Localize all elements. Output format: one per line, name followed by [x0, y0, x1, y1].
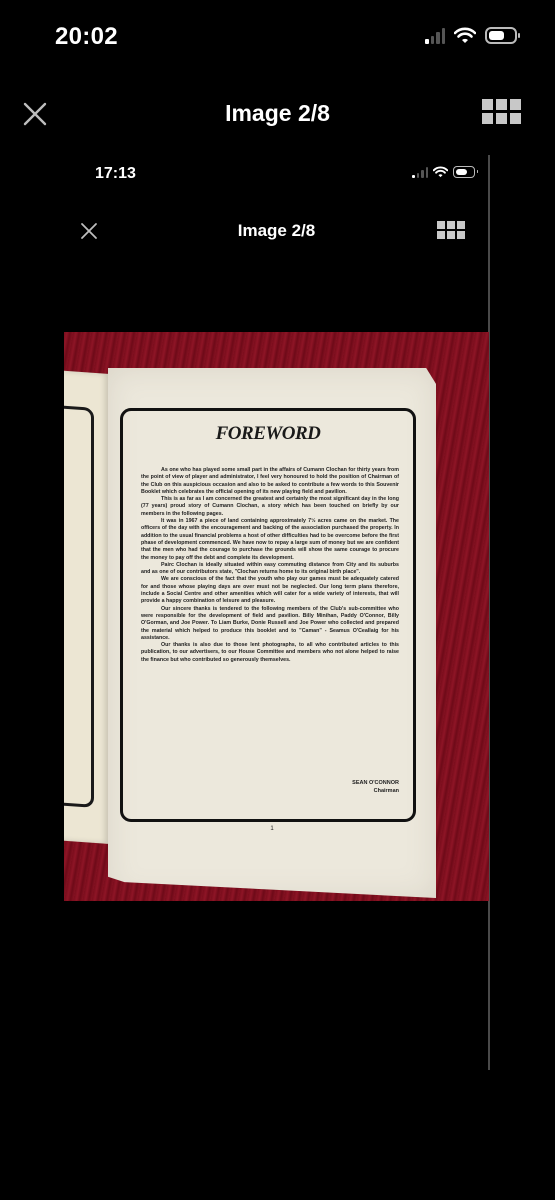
paragraph: This is as far as I am concerned the gre… [141, 496, 399, 518]
page-frame: FOREWORD As one who has played some smal… [120, 408, 416, 822]
inner-signal-icon [412, 167, 428, 178]
inner-wifi-icon [433, 166, 448, 178]
paragraph: It was in 1967 a piece of land containin… [141, 518, 399, 562]
signal-icon [425, 28, 445, 44]
inner-viewer-header: Image 2/8 [64, 215, 489, 249]
signature-name: SEAN O'CONNOR [352, 779, 399, 787]
booklet-photo: FOREWORD As one who has played some smal… [64, 332, 489, 901]
paragraph: As one who has played some small part in… [141, 467, 399, 496]
inner-grid-icon [437, 221, 465, 239]
inner-viewer-title: Image 2/8 [64, 221, 489, 241]
foreword-heading: FOREWORD [123, 423, 413, 445]
paragraph: Our sincere thanks is tendered to the fo… [141, 606, 399, 642]
grid-icon[interactable] [482, 99, 521, 124]
inner-status-bar: 17:13 [64, 155, 489, 195]
signature-title: Chairman [352, 787, 399, 795]
paragraph: Our thanks is also due to those lent pho… [141, 642, 399, 664]
status-time: 20:02 [55, 23, 118, 51]
signature: SEAN O'CONNOR Chairman [352, 779, 399, 795]
paragraph: We are conscious of the fact that the yo… [141, 576, 399, 605]
wifi-icon [454, 27, 476, 44]
foreword-body: As one who has played some small part in… [141, 467, 399, 664]
viewer-title: Image 2/8 [0, 100, 555, 127]
inner-status-time: 17:13 [95, 165, 136, 183]
booklet-page: FOREWORD As one who has played some smal… [108, 368, 436, 898]
inner-battery-icon [453, 166, 475, 178]
status-icons [425, 27, 517, 44]
page-number: 1 [108, 826, 436, 832]
battery-icon [485, 27, 517, 44]
viewer-header: Image 2/8 [0, 85, 555, 141]
facing-page [64, 370, 108, 844]
paragraph: Pairc Clochan is ideally situated within… [141, 562, 399, 577]
inner-status-icons [412, 166, 475, 178]
status-bar: 20:02 [0, 0, 555, 70]
